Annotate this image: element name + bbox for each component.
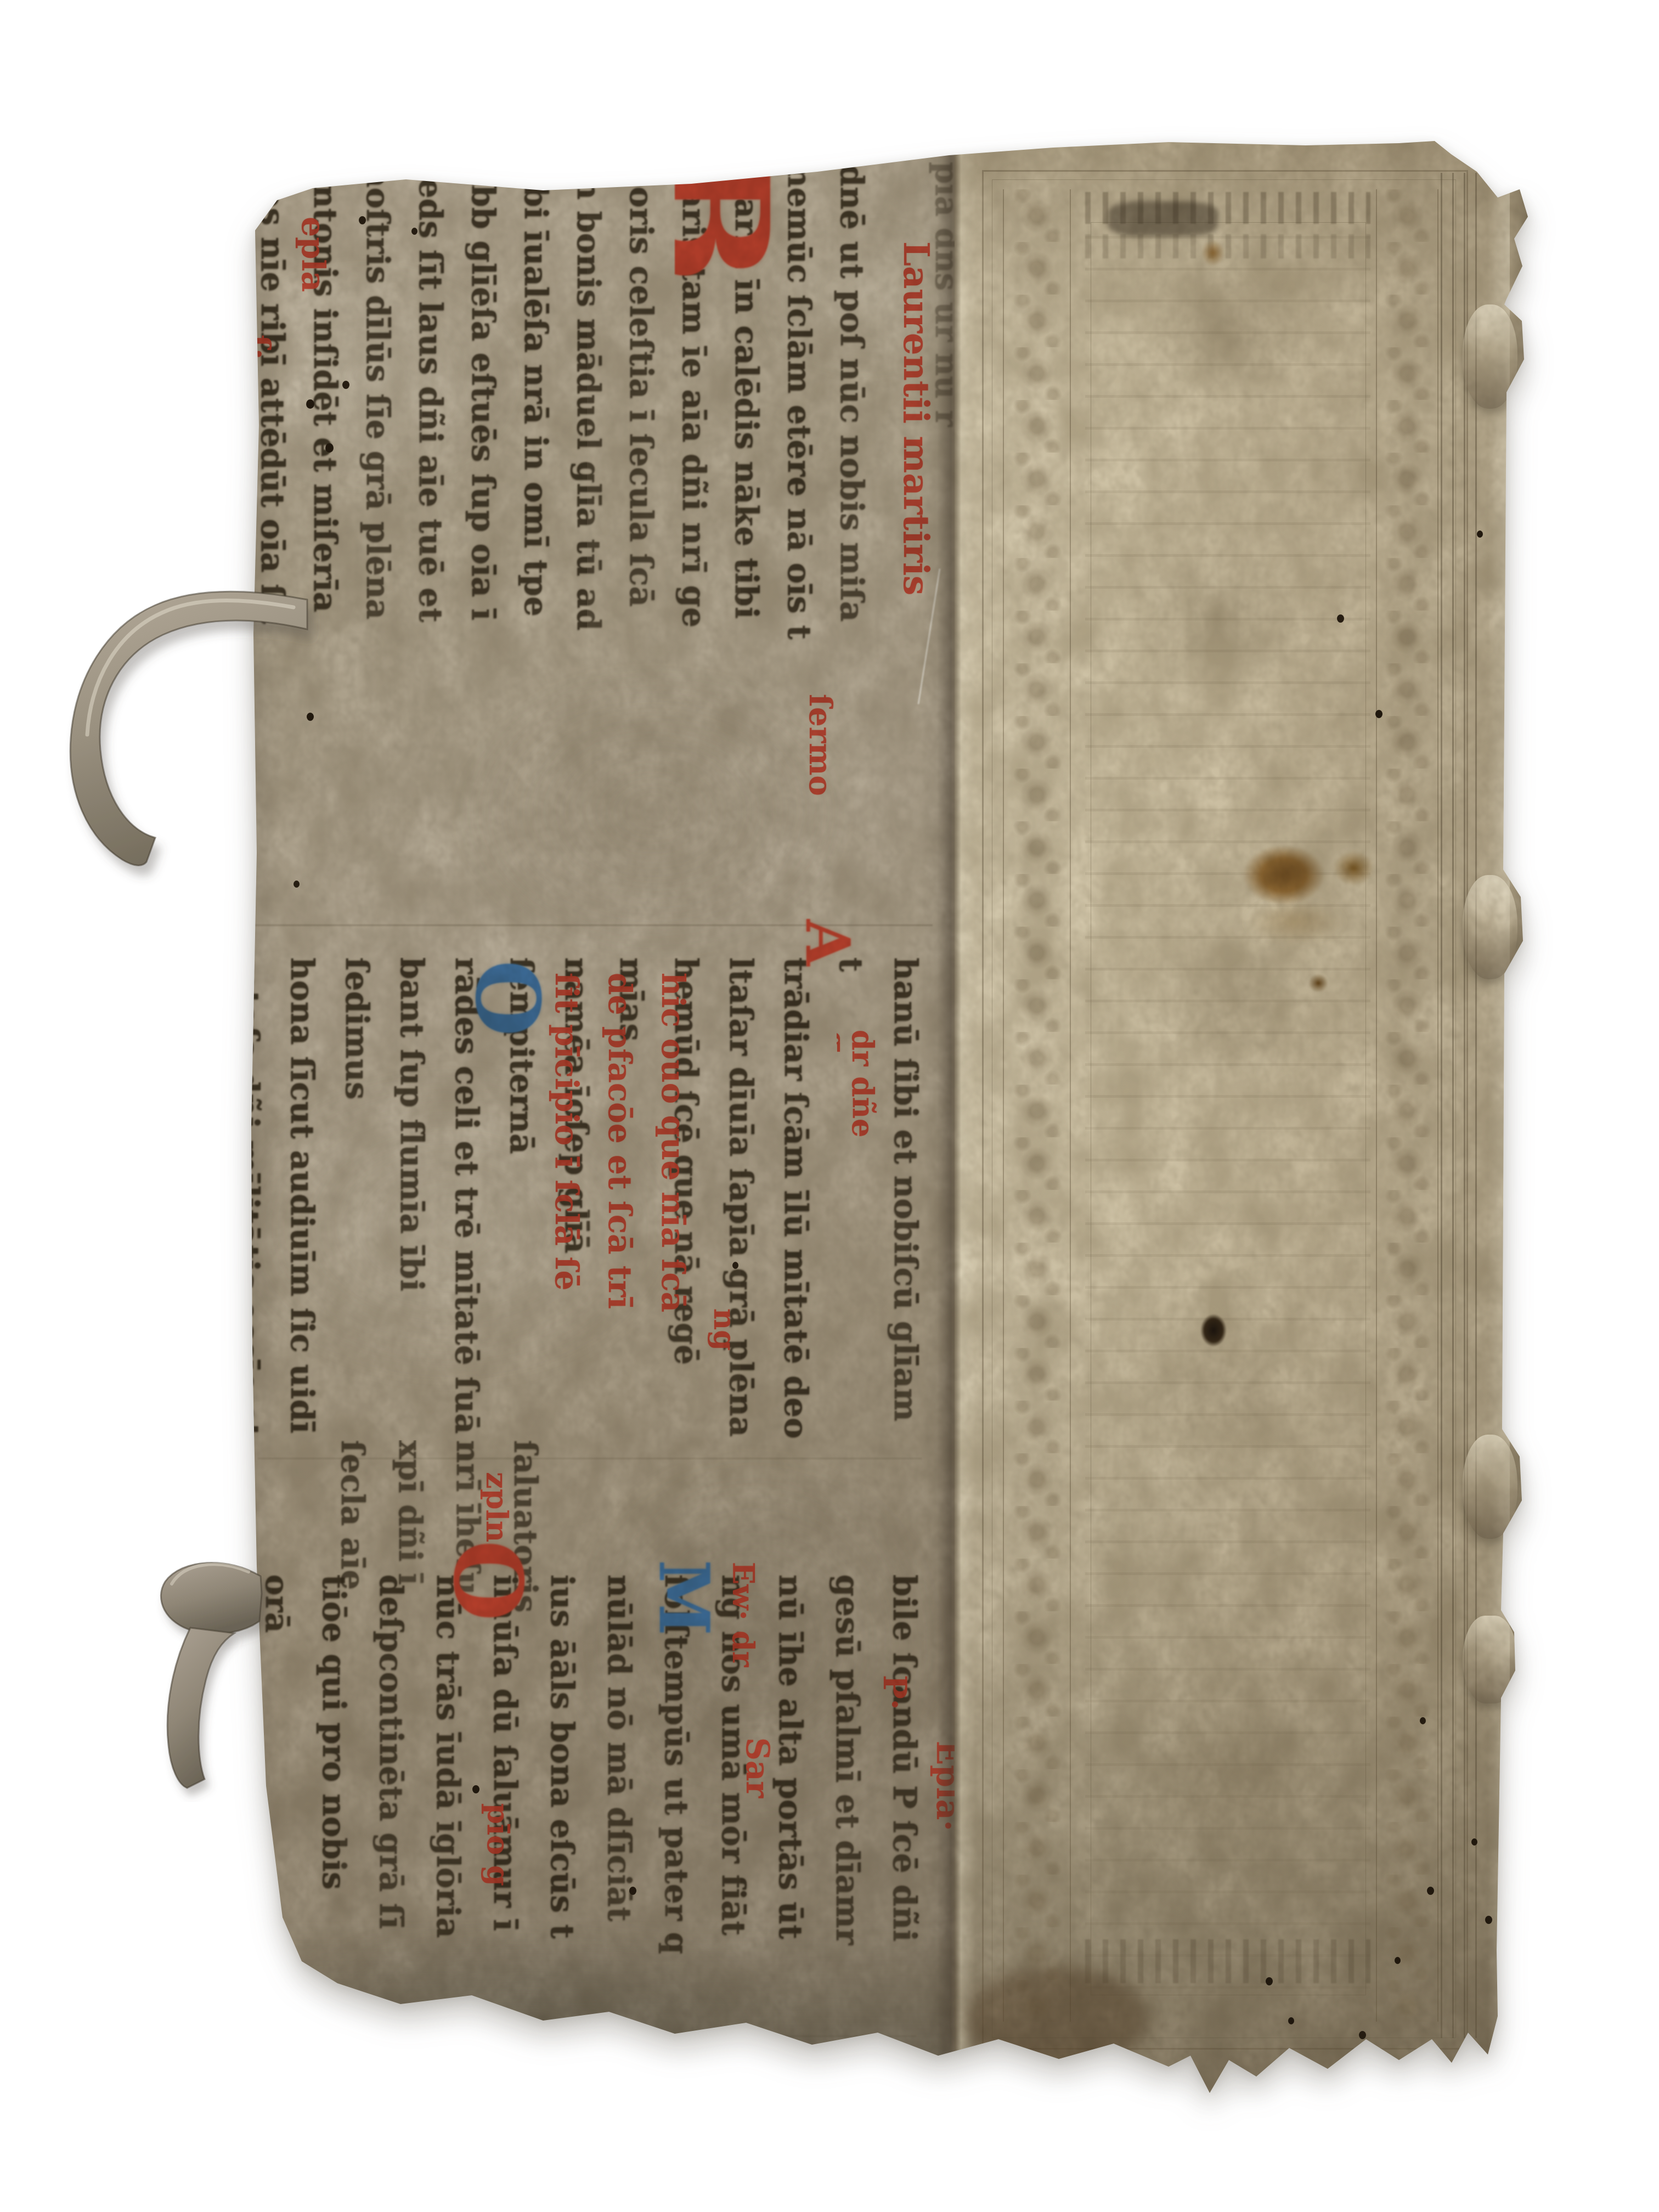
parchment-grain-texture [236,140,1531,2115]
leather-tie-lower [74,1533,332,1802]
tie-tail [167,1628,234,1788]
book: dnē ut poſ nūc nobis miſa nemūc ſclām et… [236,140,1531,2115]
spine-edge-shadow [1509,140,1531,2115]
photo-of-vellum-bound-book: dnē ut poſ nūc nobis miſa nemūc ſclām et… [0,0,1659,2212]
grain-fine [236,140,1531,2115]
wormholes-and-ink-specks [214,118,220,125]
tie-knot [161,1563,262,1634]
leather-tie-upper [30,557,337,908]
tie-strap-hook [70,591,307,865]
book-body: dnē ut poſ nūc nobis miſa nemūc ſclām et… [236,140,1531,2115]
